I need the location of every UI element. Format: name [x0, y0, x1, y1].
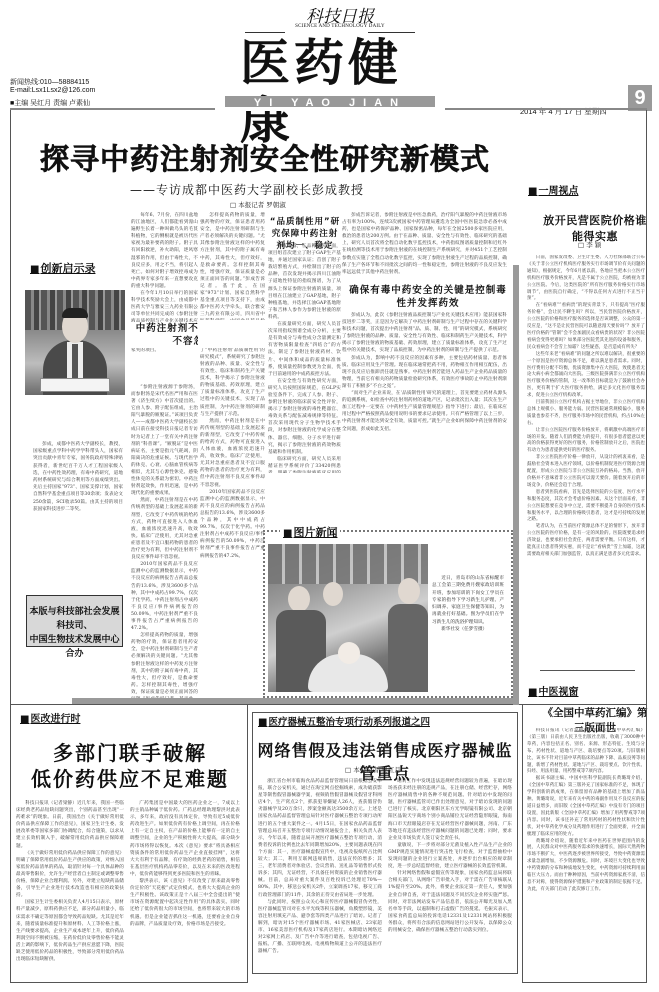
- column-label-weekly-view: 一周视点: [528, 182, 578, 197]
- weekly-paragraph: 让非公立医院医疗服务价格放开，将刺激中高端医疗市场的开发。随着人们消费能力的提升…: [527, 428, 645, 456]
- masthead-rule-right: [368, 32, 415, 33]
- device-column-1: 浙江省台州市临海食品药品监督管理局日前根据公安举报，联合公安机关，通过在淘宝网点…: [258, 778, 382, 970]
- reform-paragraph: 《关于做好常用低价药品供应保障工作的意见》明确了保障常用低价药品生产供应的政策，…: [16, 850, 124, 900]
- lead-paragraph: 彭成告诉记者，参附注射液是中医急救药，治疗阳气暴脱的中药注射液市场占有率为100…: [342, 212, 507, 276]
- lead-byline: □ 本报记者 罗朝淑: [230, 200, 286, 209]
- lead-paragraph: 怎样提高药物的质量，增强药物的疗效，保证患者用药安全，是中药注射剂研制与生产者必…: [200, 212, 265, 418]
- header-underline-left: [10, 108, 215, 110]
- photo-credit: 新华社发（任梦雪摄）: [432, 626, 504, 633]
- column-label-innovation: 创新启示录: [30, 260, 95, 276]
- device-paragraph: 与此同时，按照公众关心和宣传医疗器械假冒伪劣性，医疗器械监管司对在水平光线等积压…: [258, 899, 382, 956]
- vertical-divider: [513, 265, 519, 705]
- lead-subheading-3: 确保有毒中药安全的关键是控制毒性并发挥药效: [348, 284, 508, 310]
- device-byline: □ 本报记者 吴红月: [345, 765, 401, 774]
- column-label-tcm-window: 中医视窗: [528, 683, 578, 698]
- lead-column-2: 怎样提高药物的质量，增强药物的疗效，保证患者用药安全，是中药注射剂研制与生产者必…: [200, 212, 265, 702]
- device-column-2: 暗访工作中发现违法违规经营问题较为普遍，在暗访现场查获未经注册的违规产品，在注册…: [388, 778, 512, 970]
- reform-paragraph: 广药集团是中国最大的医药企业之一，7成以上的主销品种属于低价药。广药总经理助理黎…: [130, 800, 240, 878]
- header-underline-right: [445, 108, 647, 110]
- weekly-paragraph: 笔者认为，在当前医疗资源总体不足的情形下，放开非公立医院的医疗价格，是有一定的风…: [527, 524, 645, 559]
- lead-paragraph: 彭成认为，影响中药不良反应的因素有多种，主要包括药材质量、患者体质、临床应用及生…: [342, 355, 507, 390]
- col2-heading-mask: [198, 320, 268, 348]
- weekly-paragraph: 目前我国公立医疗机构占据主导地位，非公立医疗机构总体上规模小、服务能力弱。民营医…: [527, 400, 645, 428]
- weekly-paragraph: 日前，国家发改委、卫生计生委、人力社保部联合公布《关于非公立医疗机构医疗服务实行…: [527, 255, 645, 303]
- photo-caption-text: 近日，青岛市的山东省标醒市总工会第三期免费月嫂家政培训班开班，参加培训的下岗女工…: [432, 575, 504, 626]
- photo-caption: 近日，青岛市的山东省标醒市总工会第三期免费月嫂家政培训班开班，参加培训的下岗女工…: [432, 575, 504, 633]
- right-column-frame-bottom: [522, 705, 647, 983]
- lead-paragraph: 彭成透露，在品种研究方面，项目组首次建立了附子GAP生产基地，并通过国家认证；首…: [268, 243, 341, 321]
- lead-paragraph: 彭成认为，此次《参附注射液品质控制与产业化关键技术应用》能获国家科技进步二等奖，…: [342, 312, 507, 355]
- lead-subheadline: ——专访成都中医药大学副校长彭成教授: [130, 181, 364, 198]
- cooperation-notice: 本版与科技部社会发展科技司、 中国生物技术发展中心合办: [26, 595, 123, 647]
- column-label-reform: 医改进行时: [20, 710, 80, 725]
- person-face: [323, 582, 343, 606]
- lead-paragraph: 临床研究方面，研究人员采用循证医学系统评价了33420例患者，明确了参附注射液临…: [268, 456, 341, 473]
- cooperation-line2: 中国生物技术发展中心合办: [27, 633, 122, 661]
- bio-paragraph: 彭成，成都中医药大学副校长，教授，国家级重点学科中药学学科带头人，国家有突出贡献…: [33, 441, 123, 513]
- column-label-photo-news: 图片新闻: [280, 524, 340, 540]
- lead-paragraph: “而对生产企业来说，在‘品质制性用’研究的道理上，首先要建立药材从源头的追溯系统…: [342, 390, 507, 433]
- horizontal-divider: [72, 698, 518, 704]
- reform-column-2: 广药集团是中国最大的医药企业之一，7成以上的主销品种属于低价药。广药总经理助理黎…: [130, 800, 240, 972]
- baby-doll: [338, 642, 360, 664]
- news-photo: [268, 544, 428, 692]
- lead-column-4b: 彭成认为，此次《参附注射液品质控制与产业化关键技术应用》能获国家科技进步二等奖，…: [342, 312, 507, 522]
- reform-column-1: 科技日报讯（记者梁静）近几年来，我国一些临床经典老药品短缺问题突出，个别药品甚至…: [16, 800, 124, 972]
- lead-paragraph: 然而，中药注射剂是在中药传统剂型的基础上发展起来的新剂型，它改变了中药传统的给药…: [200, 418, 265, 489]
- bio-text: 彭成，成都中医药大学副校长，教授，国家级重点学科中药学学科带头人，国家有突出贡献…: [33, 441, 123, 513]
- lead-headline: 探寻中药注射剂安全性研究新模式: [40, 137, 500, 178]
- lead-column-3: 彭成透露，在品种研究方面，项目组首次建立了附子GAP生产基地，并通过国家认证；首…: [268, 243, 341, 473]
- lead-paragraph: 怎样提高药物的质量，增强药物的疗效，保证患者用药安全，是中药注射剂研制与生产者必…: [131, 632, 198, 702]
- lead-paragraph: 2010年国家药品不良反应监测中心的监测数据显示，中药不良反应的病例报告占药品总…: [200, 489, 265, 560]
- weekly-view-byline: □ 李 颖: [578, 240, 601, 249]
- lead-column-4: 彭成告诉记者，参附注射液是中医急救药，治疗阳气暴脱的中药注射液市场占有率为100…: [342, 212, 507, 280]
- masthead-rule-left: [245, 32, 285, 33]
- reform-paragraph: 科技日报讯（记者梁静）近几年来，我国一些临床经典老药品短缺问题突出，个别药品甚至…: [16, 800, 124, 850]
- lead-paragraph: 然而，中药注射剂是在中药传统剂型的基础上发展起来的新剂型，它改变了中药传统的给药…: [131, 497, 198, 561]
- reform-paragraph: 黎洪表示，该《意见》不仅改变了原来最高零售价定价的“天花板”式定价模式，也将大大…: [130, 878, 240, 928]
- lead-paragraph: 在质量研究方面，研究人员首次采用指纹图谱全成分分析，主要是有效成分与毒性成分含量…: [268, 321, 341, 378]
- weekly-tcm-divider: [540, 670, 635, 671]
- device-paragraph: 浙江省台州市临海食品药品监督管理局日前根据公安举报，联合公安机关，通过在淘宝网点…: [258, 778, 382, 899]
- portrait-photo: [25, 290, 125, 395]
- paper-name-en: SCIENCE AND TECHNOLOGY DAILY: [285, 24, 395, 29]
- lead-paragraph: 每年6、7月份，在四川盆地的江油地区，人们都能看到漫山遍野生长着一种叫做乌头的毛…: [131, 212, 198, 290]
- lead-column-1: 每年6、7月份，在四川盆地的江油地区，人们都能看到漫山遍野生长着一种叫做乌头的毛…: [131, 212, 198, 702]
- reform-headline-line1: 多部门联手破解: [20, 740, 240, 766]
- person-body: [388, 604, 428, 692]
- lead-paragraph: 2010年国家药品不良反应监测中心的监测数据显示，中药不良反应的病例报告占药品总…: [131, 561, 198, 632]
- header-gap-mask: [215, 107, 445, 111]
- email: E-mail:Lsx1Lsx2@126.com: [10, 87, 95, 94]
- portrait-hair: [62, 308, 88, 318]
- lead-paragraph: 在安全性与有效性研究方面，研究人员按照国际规范，在GLP实验室条件下，完成了人参…: [268, 378, 341, 456]
- weekly-paragraph: 非公立医院医疗价格一律放开，从设计的初衷来看，是鼓励社会资本进入医疗领域，以价格…: [527, 455, 645, 490]
- weekly-paragraph: 在“看病难”“看病贵”的现实背景下，只有提高“医疗服务价格”，会让民不聊生吗？所…: [527, 303, 645, 351]
- person-face: [288, 586, 310, 612]
- lead-paragraph: “参附注射液源于参附汤，而参附汤是宋代名医严用和在医著《济生续方》中首次提出的。…: [131, 384, 198, 498]
- reform-paragraph: 国家卫生计生委相关负责人4月15日表示，原材料产量减少，原料药供应不足，部分药品…: [16, 899, 124, 963]
- person-face: [398, 578, 420, 604]
- news-hotline: 新闻热线:010—58884115: [10, 77, 89, 87]
- portrait-tie: [72, 344, 78, 380]
- cooperation-line1: 本版与科技部社会发展科技司、: [27, 605, 122, 633]
- column-label-device-series: 医疗器械五整治专项行动系列报道之四: [258, 714, 430, 728]
- device-paragraph: 童敏说，下一步将对部分无菌及植入性产品生产企业的GMP规范实施情况进行突击性飞行…: [388, 842, 512, 870]
- editors: ■主编 吴红月 责编 卢素仙: [10, 98, 90, 108]
- device-paragraph: 针对网络售假和虚假宣传等现象，国家食药监总局将联合相关部门，从网络广告审批入手，…: [388, 870, 512, 934]
- reform-headline-line2: 低价药供应不足难题: [20, 766, 240, 792]
- weekly-view-body: 日前，国家发改委、卫生计生委、人力社保部联合公布《关于非公立医疗机构医疗服务实行…: [527, 255, 645, 670]
- device-paragraph: 暗访工作中发现违法违规经营问题较为普遍，在暗访现场查获未经注册的违规产品，在注册…: [388, 778, 512, 842]
- weekly-paragraph: 这些年来老“看病难”的问题之所以难以解决，很重要的一个原因是医疗资源总体不足，难…: [527, 352, 645, 400]
- portrait-book: [40, 378, 110, 392]
- weekly-paragraph: 患者到医院看病，首先是选择医院的公信度、医疗水平和服务态度，其次才会考虑价格因素…: [527, 490, 645, 525]
